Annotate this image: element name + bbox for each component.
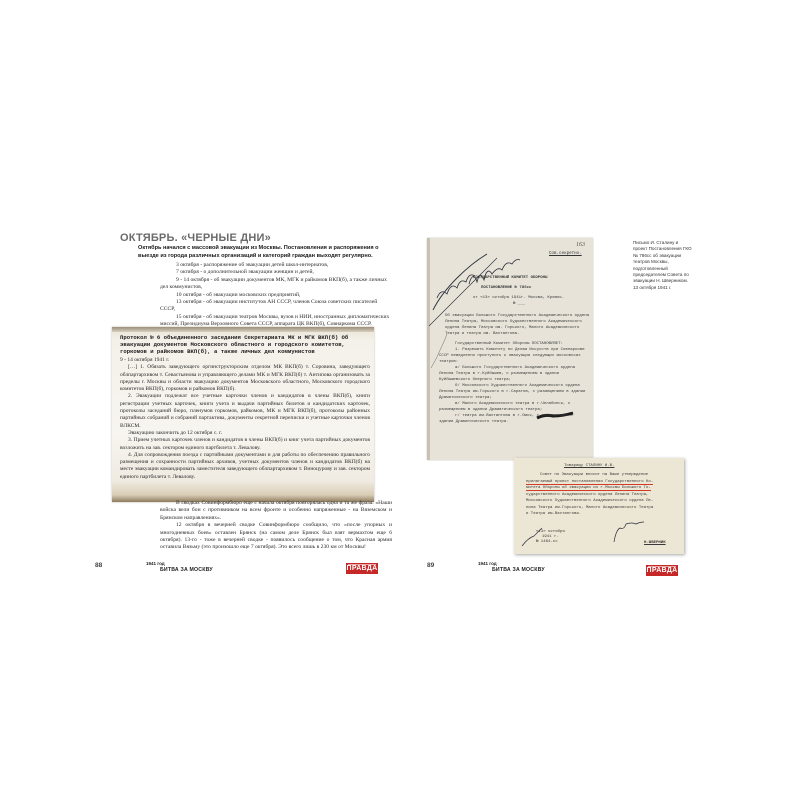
image-caption: Письмо И. Сталину и проект Постановления… (633, 240, 693, 291)
protocol-body: 9 - 14 октября 1941 г. […] 1. Обязать за… (120, 357, 370, 481)
protocol-sidebar: Протокол № 6 объединенного заседания Сек… (112, 327, 374, 502)
document-header-line: ПОСТАНОВЛЕНИЕ № 786сс (481, 285, 583, 291)
document-body-line: б/ Московского Художественного Академиче… (439, 383, 589, 401)
pravda-logo: ПРАВДА (646, 565, 678, 576)
signature-name: Н.ШВЕРНИК (644, 540, 666, 547)
archival-document-resolution: 163 Сов.секретно. ГОСУДАРСТВЕННЫЙ КОМИТЕ… (427, 238, 593, 460)
running-head-title: БИТВА ЗА МОСКВУ (160, 567, 213, 573)
protocol-paragraph: 2. Эвакуации подлежат все учетные карточ… (120, 393, 370, 429)
page-number-left: 88 (95, 562, 102, 569)
document-header-line: ГОСУДАРСТВЕННЫЙ КОМИТЕТ ОБОРОНЫ (473, 275, 583, 281)
body-text: В сводках Совинформбюро еще с начала окт… (160, 500, 392, 552)
running-head-title: БИТВА ЗА МОСКВУ (492, 567, 545, 573)
lead-paragraph: Октябрь начался с массовой эвакуации из … (138, 245, 396, 260)
document-subject: Об эвакуации Большого Государственного А… (445, 313, 590, 337)
protocol-paragraph: 4. Для сопровождения поезда с партийными… (120, 452, 370, 481)
protocol-paragraph: 3. Прием учетных карточек членов и канди… (120, 437, 370, 452)
document-header: ГОСУДАРСТВЕННЫЙ КОМИТЕТ ОБОРОНЫ ПОСТАНОВ… (473, 275, 583, 307)
pravda-logo: ПРАВДА (346, 563, 378, 574)
running-head-year: 1941 год (146, 561, 213, 566)
document-header-line: № ___ (513, 301, 583, 307)
document-body-line: 1. Разрешить Комитету по Делам Искусств … (439, 347, 589, 365)
running-head-year: 1941 год (478, 561, 545, 566)
running-head-left: 1941 год БИТВА ЗА МОСКВУ (146, 561, 213, 573)
document-body: Государственный Комитет Обороны ПОСТАНОВ… (439, 341, 589, 425)
evacuation-list: 3 октября - распоряжение об эвакуации де… (160, 262, 392, 329)
archival-document-letter: Товарищу СТАЛИНУ И.В. Совет по Эвакуации… (514, 458, 684, 554)
evacuation-item: 13 октября - об эвакуации институтов АН … (160, 299, 392, 314)
running-head-right: 1941 год БИТВА ЗА МОСКВУ (478, 561, 545, 573)
protocol-heading: Протокол № 6 объединенного заседания Сек… (120, 334, 368, 356)
document-body-line: а/ Большого Государственного Академическ… (439, 365, 589, 383)
document-body-line: в/ Малого Академического театра в г.Челя… (439, 401, 589, 413)
evacuation-item: 10 октября - об эвакуации московских пре… (160, 292, 392, 299)
evacuation-item: 7 октября - о дополнительной эвакуации ж… (160, 269, 392, 276)
document-body-line: г/ театра им.Вахтангова в г.Омск, с разм… (439, 413, 589, 425)
body-paragraph: 12 октября в вечерней сводке Совинформбю… (160, 522, 392, 552)
page-number-right: 89 (427, 562, 434, 569)
body-paragraph: В сводках Совинформбюро еще с начала окт… (160, 500, 392, 522)
protocol-paragraph: […] 1. Обязать заведующего оргинструктор… (120, 364, 370, 393)
section-title: ОКТЯБРЬ. «ЧЕРНЫЕ ДНИ» (120, 232, 271, 244)
evacuation-item: 9 - 14 октября - об эвакуации документов… (160, 277, 392, 292)
left-page: ОКТЯБРЬ. «ЧЕРНЫЕ ДНИ» Октябрь начался с … (104, 232, 404, 572)
